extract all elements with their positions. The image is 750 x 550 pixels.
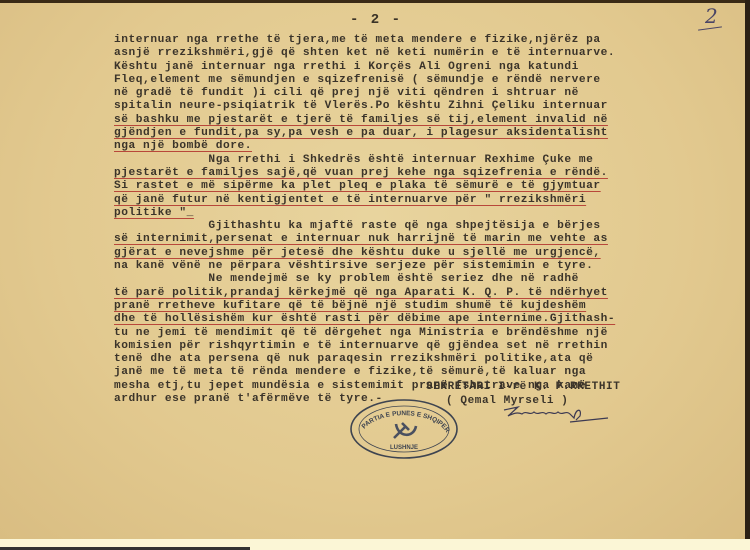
text-line: Kështu janë internuar nga rrethi i Korçë… [114,61,750,74]
text-line: Nga rrethi i Shkedrës është internuar Re… [114,154,750,167]
text-line: Ne mendejmë se ky problem është seriez d… [114,273,750,286]
text-line: së internimit,persenat e internuar nuk h… [114,233,750,246]
text-line: të parë politik,prandaj kërkejmë që nga … [114,287,750,300]
hammer-sickle-icon [394,423,416,438]
text-line: spitalin neure-psiqiatrik të Vlerës.Po k… [114,100,750,113]
text-line: së bashku me pjestarët e tjerë të familj… [114,114,750,127]
text-line: Fleq,element me sëmundjen e sqizefrenisë… [114,74,750,87]
handwritten-signature [500,404,610,424]
handwritten-page-mark: 2 [705,4,718,28]
text-line: komisien për rishqyrtimin e të internuar… [114,340,750,353]
text-line: Si rastet e më sipërme ka plet pleq e pl… [114,180,750,193]
body-text: internuar nga rrethe të tjera,me të meta… [114,34,750,406]
text-line: gjëndjen e fundit,pa sy,pa vesh e pa dua… [114,127,750,140]
text-line: janë me të meta të rënda mendere e fizik… [114,366,750,379]
text-line: dhe të hollësishëm kur është rasti për d… [114,313,750,326]
official-stamp: PARTIA E PUNES E SHQIPERISE LUSHNJE [348,398,460,462]
text-line: tu ne jemi të mendimit që të dërgehet ng… [114,327,750,340]
text-line: internuar nga rrethe të tjera,me të meta… [114,34,750,47]
text-line: tenë dhe ata persena që nuk paraqesin rr… [114,353,750,366]
text-line: politike "_ [114,207,750,220]
text-line: gjërat e nevejshme për jetesë dhe kështu… [114,247,750,260]
text-line: që janë futur në kentigjentet e të inter… [114,194,750,207]
signatory-title: SEKRETARI I-rë K. P.RRETHIT [426,380,620,394]
text-line: na kanë vënë ne përpara vështirsive serj… [114,260,750,273]
text-line: nga një bombë dore. [114,140,750,153]
svg-text:PARTIA E PUNES E SHQIPERISE: PARTIA E PUNES E SHQIPERISE [348,398,451,434]
page-number: - 2 - [350,12,402,28]
text-line: Gjithashtu ka mjaftë raste që nga shpejt… [114,220,750,233]
svg-text:LUSHNJE: LUSHNJE [390,445,418,451]
text-line: pranë rretheve kufitare që të bëjnë një … [114,300,750,313]
text-line: në gradë të fundit )i cili që prej një v… [114,87,750,100]
text-line: pjestarët e familjes sajë,që vuan prej k… [114,167,750,180]
text-line: asnjë rrezikshmëri,gjë që shten ket në k… [114,47,750,60]
